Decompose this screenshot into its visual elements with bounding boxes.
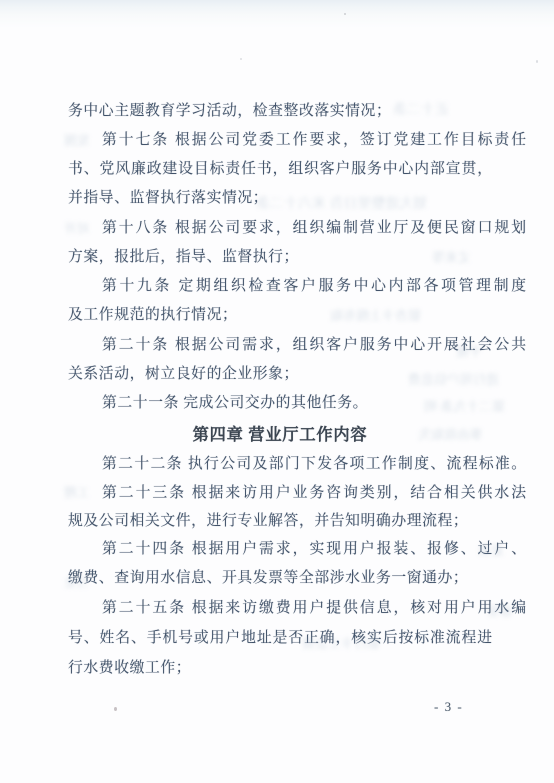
- scan-speck: [240, 58, 242, 60]
- document-line: 第十八条 根据公司要求，组织编制营业厅及便民窗口规划: [68, 220, 526, 237]
- document-line: 方案，报批后，指导、监督执行；: [68, 249, 492, 266]
- document-line: 第二十一条 完成公司交办的其他任务。: [68, 395, 526, 412]
- scan-speck: [344, 13, 346, 15]
- scan-edge-shadow: [0, 0, 554, 28]
- document-line: 行水费收缴工作；: [68, 660, 492, 677]
- document-line: 第二十三条 根据来访用户业务咨询类别，结合相关供水法: [68, 485, 526, 502]
- document-line: 并指导、监督执行落实情况；: [68, 190, 492, 207]
- document-line: 规及公司相关文件，进行专业解答，并告知明确办理流程；: [68, 513, 492, 530]
- document-line: 关系活动，树立良好的企业形象；: [68, 366, 492, 383]
- document-line: 缴费、查询用水信息、开具发票等全部涉水业务一窗通办；: [68, 570, 492, 587]
- scanned-document-page: 务中心主题教育学习活动，检查整改落实情况；第十七条 根据公司党委工作要求，签订党…: [0, 0, 554, 783]
- document-line: 第二十条 根据公司需求，组织客户服务中心开展社会公共: [68, 337, 526, 354]
- document-line: 第十九条 定期组织检查客户服务中心内部各项管理制度: [68, 278, 526, 295]
- document-line: 第二十五条 根据来访缴费用户提供信息，核对用户用水编: [68, 600, 526, 617]
- chapter-heading: 第四章 营业厅工作内容: [68, 426, 492, 445]
- document-line: 及工作规范的执行情况；: [68, 307, 492, 324]
- document-line: 务中心主题教育学习活动，检查整改落实情况；: [68, 103, 492, 120]
- document-line: 号、姓名、手机号或用户地址是否正确，核实后按标准流程进: [68, 630, 492, 647]
- document-line: 第二十四条 根据用户需求，实现用户报装、报修、过户、: [68, 541, 526, 558]
- scan-speck: [536, 60, 538, 63]
- scan-speck: [114, 707, 117, 711]
- document-line: 第二十二条 执行公司及部门下发各项工作制度、流程标准。: [68, 456, 526, 473]
- document-line: 第十七条 根据公司党委工作要求，签订党建工作目标责任: [68, 132, 526, 149]
- page-number: - 3 -: [434, 699, 463, 714]
- document-line: 书、党风廉政建设目标责任书，组织客户服务中心内部宣贯，: [68, 161, 492, 178]
